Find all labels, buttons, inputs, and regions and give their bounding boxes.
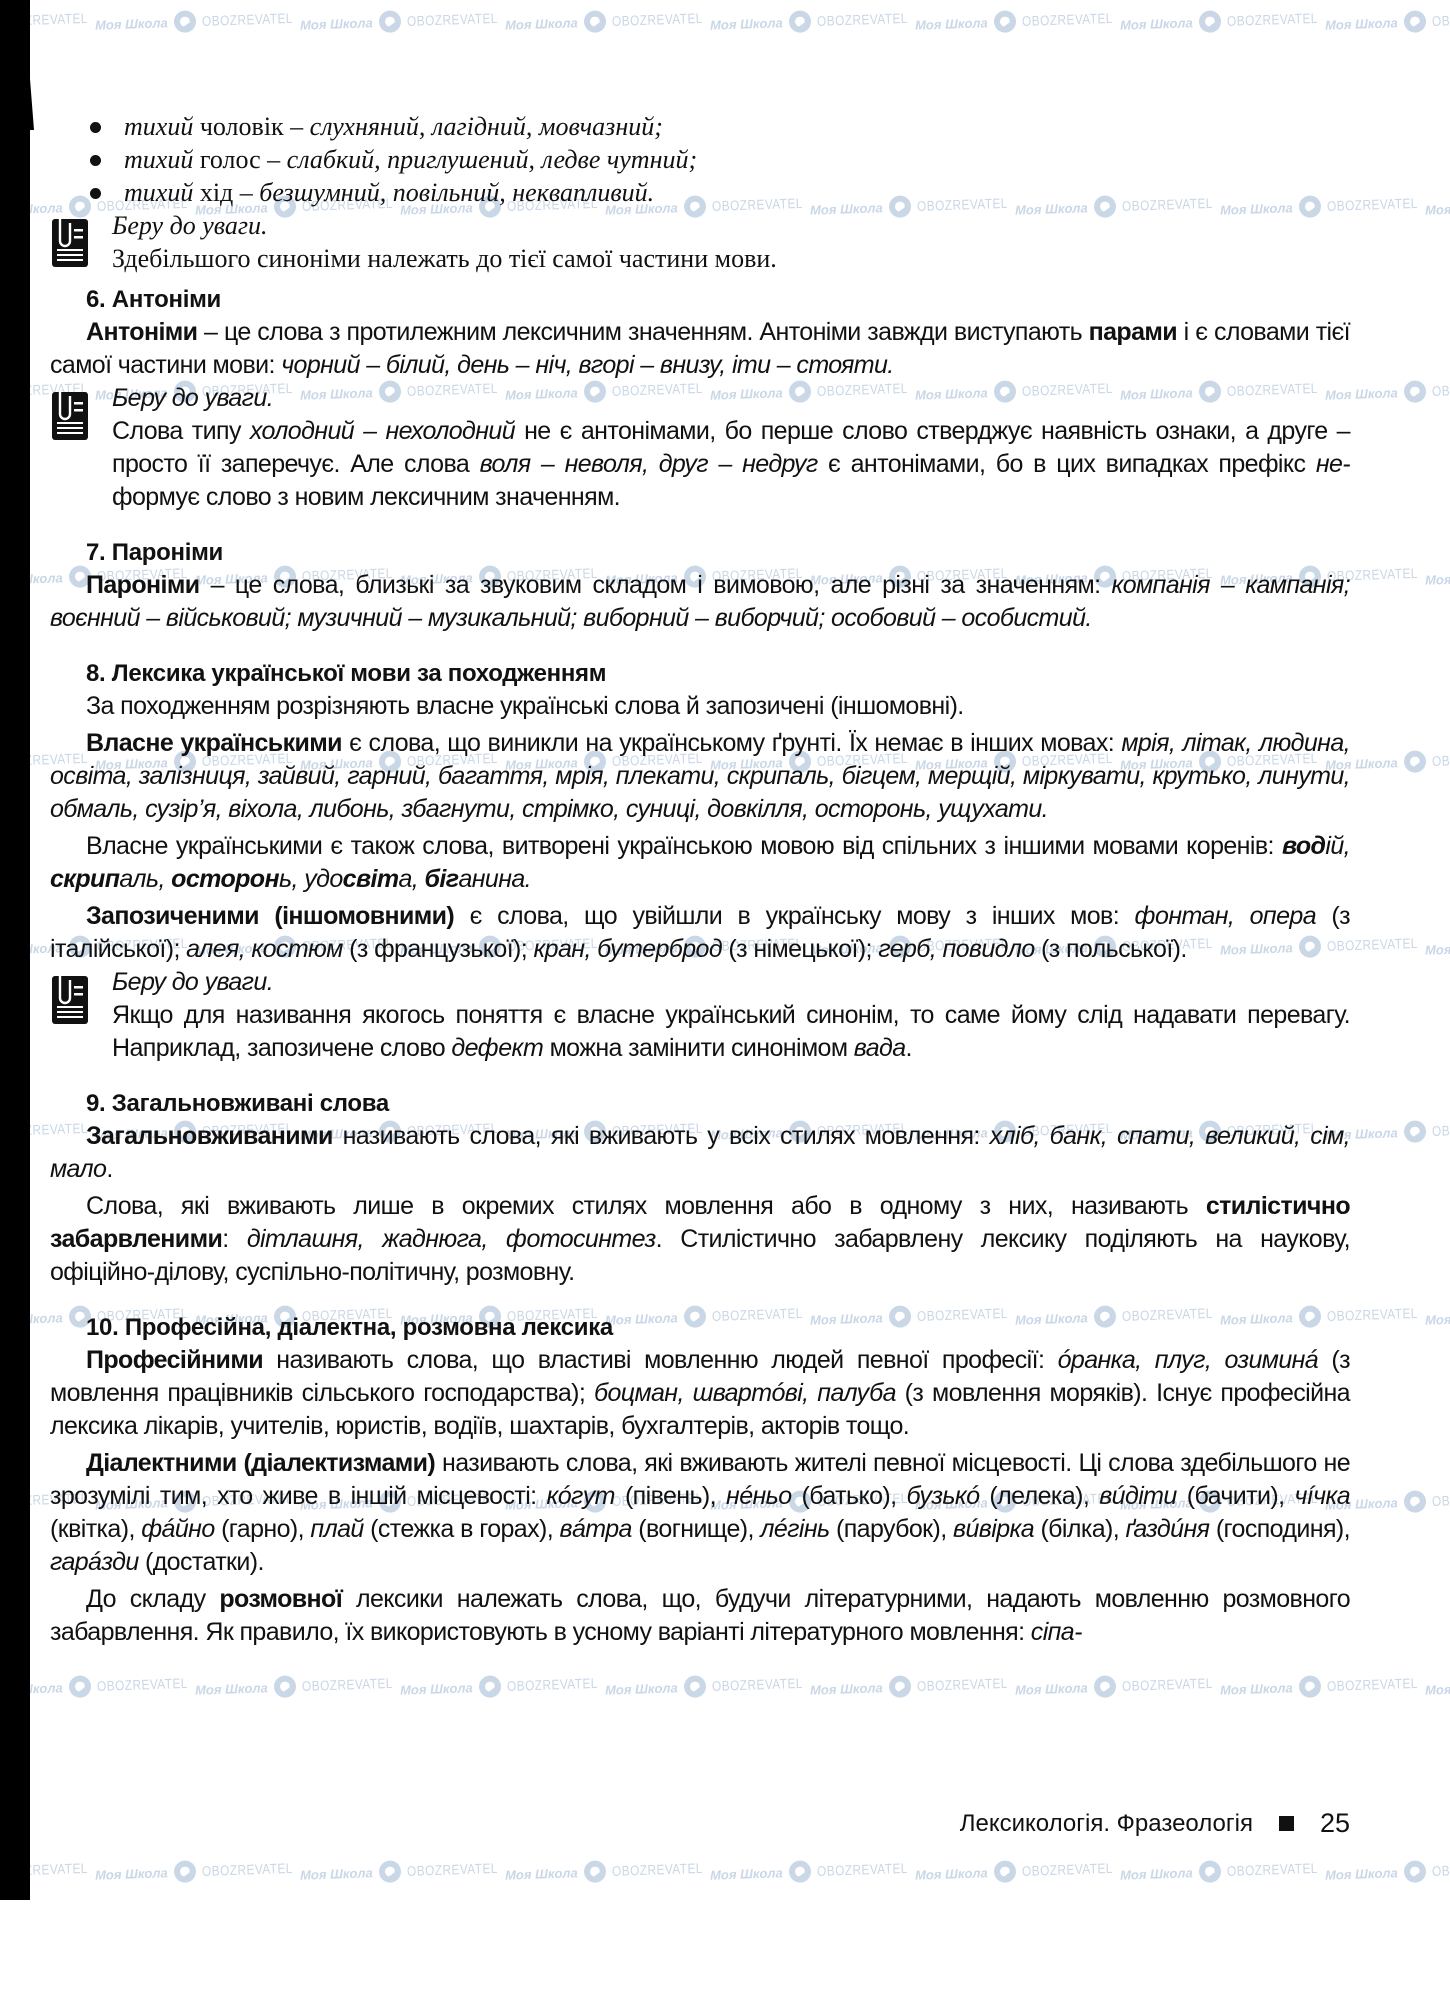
paragraph: Власне українськими є слова, що виникли … [50,727,1350,826]
paragraph: До складу розмовної лексики належать сло… [50,1583,1350,1649]
watermark: Моя ШколаOBOZREVATEL [1220,1671,1434,1700]
paragraph: Антоніми – це слова з протилежним лексич… [50,316,1350,382]
watermark: Моя ШколаOBOZREVATEL [1120,6,1334,35]
watermark: Моя ШколаOBOZREVATEL [605,1671,819,1700]
watermark: Моя ШколаOBOZREVATEL [1425,931,1450,960]
watermark: Моя ШколаOBOZREVATEL [1120,1856,1334,1885]
clipboard-note-icon [52,972,88,1024]
list-item: тихий хід – безшумний, повільний, неквап… [50,176,1350,209]
watermark: Моя ШколаOBOZREVATEL [1425,1301,1450,1330]
watermark: Моя ШколаOBOZREVATEL [0,1671,204,1700]
note-title: Беру до уваги. [112,382,1350,415]
watermark: Моя ШколаOBOZREVATEL [710,1856,924,1885]
paragraph: За походженням розрізняють власне україн… [50,690,1350,723]
section-title-paronyms: 7. Пароніми [50,536,1350,569]
watermark: Моя ШколаOBOZREVATEL [1425,1671,1450,1700]
dialect-word: вúдіти [1099,1482,1176,1510]
note-title: Беру до уваги. [112,966,1350,999]
clipboard-note-icon [52,215,88,267]
watermark: Моя ШколаOBOZREVATEL [915,1856,1129,1885]
watermark: Моя ШколаOBOZREVATEL [1425,561,1450,590]
root-example: осторонь [171,865,291,893]
dialect-word: бузькó [907,1482,980,1510]
running-title: Лексикологія. Фразеологія [960,1810,1253,1838]
note-box: Беру до уваги. Якщо для називання якогос… [50,966,1350,1065]
bullet-icon [90,188,101,199]
scan-edge-shadow [0,0,30,1900]
dialect-word: лéгінь [760,1515,829,1543]
bullet-icon [90,155,101,166]
section-title-professional-dialect: 10. Професійна, діалектна, розмовна лекс… [50,1311,1350,1344]
dialect-word: ґаздúня [1126,1515,1210,1543]
dialect-word: гарáзди [50,1548,139,1576]
section-title-origin: 8. Лексика української мови за походженн… [50,657,1350,690]
paragraph: Пароніми – це слова, близькі за звуковим… [50,569,1350,635]
note-text: Якщо для називання якогось поняття є вла… [112,999,1350,1065]
page-number: 25 [1320,1808,1350,1839]
note-text: Здебільшого синоніми належать до тієї са… [112,242,1350,275]
dialect-word: плай [310,1515,363,1543]
watermark: Моя ШколаOBOZREVATEL [1325,6,1450,35]
watermark: Моя ШколаOBOZREVATEL [710,6,924,35]
dialect-word: нéньо [726,1482,791,1510]
watermark: Моя ШколаOBOZREVATEL [810,1671,1024,1700]
textbook-page: тихий чоловік – слухняний, лагідний, мов… [50,110,1350,1649]
watermark: Моя ШколаOBOZREVATEL [505,6,719,35]
note-box: Беру до уваги. Слова типу холодний – нех… [50,382,1350,514]
dialect-word: вúвірка [953,1515,1034,1543]
root-example: удосвіта [304,865,412,893]
watermark: Моя ШколаOBOZREVATEL [300,1856,514,1885]
note-title: Беру до уваги. [112,209,1350,242]
note-box: Беру до уваги. Здебільшого синоніми нале… [50,209,1350,275]
paragraph: Діалектними (діалектизмами) називають сл… [50,1447,1350,1579]
page-footer: Лексикологія. Фразеологія 25 [960,1808,1350,1839]
paragraph: Власне українськими є також слова, витво… [50,830,1350,896]
note-text: Слова типу холодний – нехолодний не є ан… [112,415,1350,514]
clipboard-note-icon [52,388,88,440]
bullet-icon [90,122,101,133]
section-title-antonyms: 6. Антоніми [50,283,1350,316]
list-item: тихий голос – слабкий, приглушений, ледв… [50,143,1350,176]
paragraph: Загальновживаними називають слова, які в… [50,1120,1350,1186]
dialect-word: чíчка [1294,1482,1350,1510]
watermark: Моя ШколаOBOZREVATEL [1425,191,1450,220]
paragraph: Запозиченими (іншомовними) є слова, що у… [50,900,1350,966]
watermark: Моя ШколаOBOZREVATEL [95,1856,309,1885]
dialect-word: кóгут [547,1482,615,1510]
dialect-word: фáйно [141,1515,214,1543]
list-item: тихий чоловік – слухняний, лагідний, мов… [50,110,1350,143]
watermark: Моя ШколаOBOZREVATEL [300,6,514,35]
watermark: Моя ШколаOBOZREVATEL [1015,1671,1229,1700]
watermark: Моя ШколаOBOZREVATEL [1325,1856,1450,1885]
synonym-examples-list: тихий чоловік – слухняний, лагідний, мов… [50,110,1350,209]
root-example: біганина [424,865,524,893]
square-separator-icon [1279,1816,1294,1831]
root-example: водій [1282,832,1344,860]
root-example: скрипаль [50,865,158,893]
watermark: Моя ШколаOBOZREVATEL [400,1671,614,1700]
paragraph: Професійними називають слова, що властив… [50,1344,1350,1443]
section-title-common-words: 9. Загальновживані слова [50,1087,1350,1120]
watermark: Моя ШколаOBOZREVATEL [915,6,1129,35]
paragraph: Слова, які вживають лише в окремих стиля… [50,1190,1350,1289]
watermark: Моя ШколаOBOZREVATEL [195,1671,409,1700]
dialect-word: вáтра [560,1515,632,1543]
watermark: Моя ШколаOBOZREVATEL [505,1856,719,1885]
watermark: Моя ШколаOBOZREVATEL [95,6,309,35]
